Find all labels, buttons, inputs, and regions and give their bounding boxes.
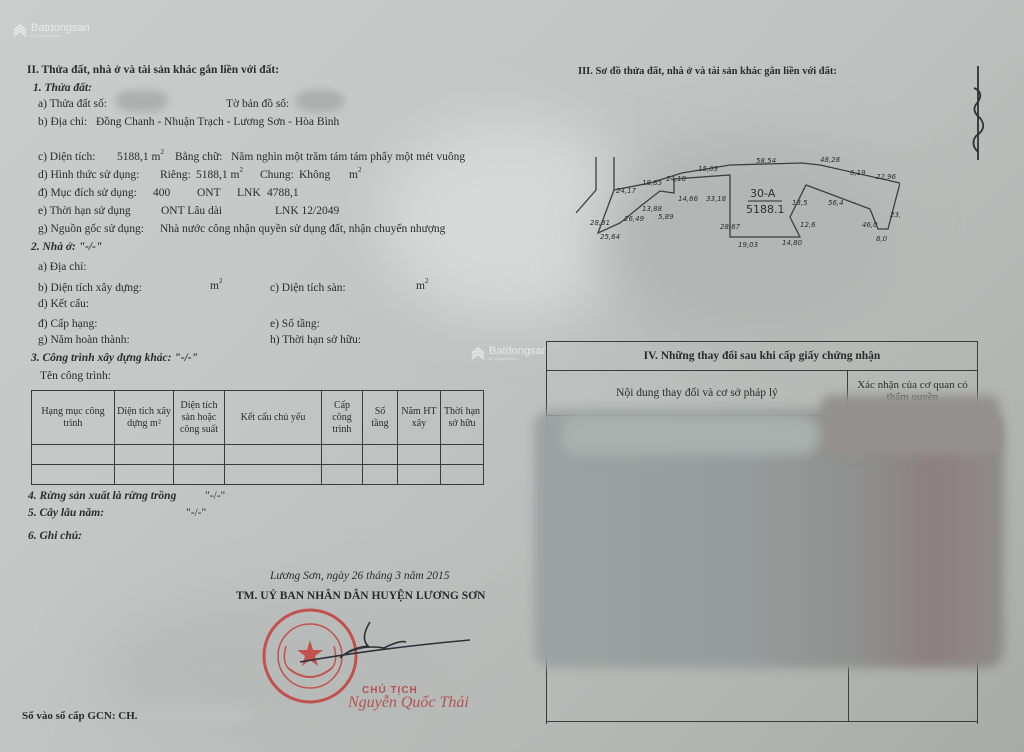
col-header: Diện tích sàn hoặc công suất (174, 391, 225, 445)
grade-label: đ) Cấp hạng: (38, 318, 97, 330)
section4-title: IV. Những thay đổi sau khi cấp giấy chứn… (547, 342, 977, 371)
signer-name: Nguyễn Quốc Thái (348, 694, 469, 712)
perennial-label: 5. Cây lâu năm: (28, 507, 104, 519)
edge-label: 46,0 (862, 221, 878, 229)
perennial-value: "-/-" (186, 507, 206, 519)
forest-value: "-/-" (205, 490, 225, 502)
floor-area-unit: m2 (416, 280, 428, 292)
notes-label: 6. Ghi chú: (28, 530, 82, 542)
term-lnk: LNK 12/2049 (275, 205, 339, 217)
purpose-code-ont: ONT (197, 187, 221, 199)
origin-value: Nhà nước công nhận quyền sử dụng đất, nh… (160, 223, 445, 235)
table-cell (32, 465, 115, 485)
work-name-label: Tên công trình: (40, 370, 111, 382)
table-cell (174, 445, 225, 465)
edge-label: 14,66 (678, 195, 699, 203)
table-row (32, 445, 484, 465)
edge-label: 25,64 (600, 233, 620, 241)
redacted-area (560, 415, 820, 455)
forest-label: 4. Rừng sản xuất là rừng trồng (28, 490, 176, 502)
edge-label: 48,28 (820, 156, 841, 164)
house-heading: 2. Nhà ở: "-/-" (31, 241, 102, 253)
address-label: b) Địa chỉ: (38, 116, 87, 128)
edge-label: 13,88 (642, 205, 663, 213)
usage-private-label: Riêng: (160, 169, 191, 181)
origin-label: g) Nguồn gốc sử dụng: (38, 223, 144, 235)
edge-label: 6,19 (850, 169, 866, 177)
purpose-code-400: 400 (153, 187, 170, 199)
edge-label: 14,80 (782, 239, 803, 247)
ownership-term-label: h) Thời hạn sở hữu: (270, 334, 361, 346)
edge-label: 24,18 (666, 175, 687, 183)
col-header: Cấp công trình (322, 391, 363, 445)
edge-label: 23,57 (890, 211, 900, 219)
redacted-parcel-number (116, 90, 168, 112)
table-cell (115, 465, 174, 485)
address-value: Đồng Chanh - Nhuận Trạch - Lương Sơn - H… (96, 116, 339, 128)
edge-label: 56,4 (828, 199, 844, 207)
table-cell (225, 465, 322, 485)
edge-label: 33,18 (706, 195, 727, 203)
parcel-diagram: 58,54 48,28 6,19 22,96 15,03 24,18 18,85… (570, 145, 900, 255)
map-sheet-label: Tờ bản đồ số: (226, 98, 289, 110)
table-cell (225, 445, 322, 465)
other-works-heading: 3. Công trình xây dựng khác: "-/-" (31, 352, 198, 364)
house-logo-icon (12, 22, 28, 38)
year-completed-label: g) Năm hoàn thành: (38, 334, 130, 346)
watermark-logo: BatdongsanBy PropertyGuru (470, 345, 548, 361)
section2-title: II. Thửa đất, nhà ở và tài sản khác gắn … (27, 64, 279, 76)
watermark-logo: BatdongsanBy PropertyGuru (12, 22, 90, 38)
place-date: Lương Sơn, ngày 26 tháng 3 năm 2015 (270, 570, 450, 582)
usage-common-unit: m2 (349, 169, 361, 181)
col-header: Năm HT xây (398, 391, 441, 445)
purpose-code-lnk: LNK (237, 187, 261, 199)
redacted-area (820, 395, 1000, 455)
table-cell (322, 465, 363, 485)
edge-label: 26,49 (624, 215, 645, 223)
watermark-brand: Batdongsan (31, 23, 90, 33)
table-row (32, 465, 484, 485)
area-words-value: Năm nghìn một trăm tám tám phẩy một mét … (231, 151, 465, 163)
edge-label: 22,96 (876, 173, 897, 181)
land-heading: 1. Thửa đất: (33, 82, 92, 94)
edge-label: 12,6 (800, 221, 816, 229)
edge-label: 58,54 (756, 157, 776, 165)
land-certificate-page: BatdongsanBy PropertyGuru BatdongsanBy P… (0, 0, 1024, 752)
floor-area-label: c) Diện tích sàn: (270, 282, 346, 294)
house-address-label: a) Địa chỉ: (38, 261, 87, 273)
redacted-map-sheet (296, 90, 344, 112)
usage-common-value: Không (299, 169, 330, 181)
watermark-tagline: By PropertyGuru (489, 356, 548, 361)
usage-form-label: d) Hình thức sử dụng: (38, 169, 139, 181)
parcel-area: 5188.1 (746, 203, 785, 216)
col-header: Thời hạn sở hữu (441, 391, 484, 445)
edge-label: 5,89 (658, 213, 674, 221)
usage-common-label: Chung: (260, 169, 294, 181)
edge-label: 15,03 (698, 165, 718, 173)
floors-label: e) Số tầng: (270, 318, 320, 330)
edge-label: 24,17 (616, 187, 637, 195)
other-works-table: Hạng mục công trình Diện tích xây dựng m… (31, 390, 484, 485)
table-cell (441, 445, 484, 465)
table-header-row: Hạng mục công trình Diện tích xây dựng m… (32, 391, 484, 445)
signature-scribble-icon (280, 618, 480, 668)
build-area-unit: m2 (210, 280, 222, 292)
edge-label: 8,0 (876, 235, 888, 243)
edge-label: 28,31 (590, 219, 610, 227)
section3-title: III. Sơ đồ thửa đất, nhà ở và tài sản kh… (578, 66, 837, 77)
table-cell (322, 445, 363, 465)
col-header: Diện tích xây dựng m² (115, 391, 174, 445)
structure-label: d) Kết cấu: (38, 298, 89, 310)
edge-label: 18,85 (642, 179, 663, 187)
table-bottom-border (546, 721, 977, 722)
purpose-lnk-area: 4788,1 (267, 187, 299, 199)
area-words-label: Bằng chữ: (175, 151, 222, 163)
purpose-label: đ) Mục đích sử dụng: (38, 187, 137, 199)
table-cell (363, 465, 398, 485)
col-header: Hạng mục công trình (32, 391, 115, 445)
table-cell (398, 465, 441, 485)
house-logo-icon (470, 345, 486, 361)
area-value: 5188,1 m2 (117, 151, 164, 163)
watermark-tagline: By PropertyGuru (31, 33, 90, 38)
table-cell (398, 445, 441, 465)
parcel-code: 30-A (750, 187, 776, 200)
usage-private-value: 5188,1 m2 (196, 169, 243, 181)
registry-number-label: Số vào sổ cấp GCN: CH. (22, 710, 138, 722)
issuing-authority: TM. UỶ BAN NHÂN DÂN HUYỆN LƯƠNG SƠN (236, 590, 485, 602)
term-ont: ONT Lâu dài (161, 205, 222, 217)
edge-label: 13,5 (792, 199, 808, 207)
table-cell (115, 445, 174, 465)
edge-label: 28,67 (720, 223, 741, 231)
area-label: c) Diện tích: (38, 151, 95, 163)
table-cell (32, 445, 115, 465)
table-cell (174, 465, 225, 485)
build-area-label: b) Diện tích xây dựng: (38, 282, 142, 294)
col-header: Số tầng (363, 391, 398, 445)
watermark-brand: Batdongsan (489, 346, 548, 356)
parcel-label: a) Thửa đất số: (38, 98, 107, 110)
edge-label: 19,03 (738, 241, 758, 249)
term-label: e) Thời hạn sử dụng (38, 205, 131, 217)
table-cell (441, 465, 484, 485)
north-arrow-icon (964, 66, 992, 160)
table-divider (848, 667, 849, 722)
table-cell (363, 445, 398, 465)
col-header: Kết cấu chủ yếu (225, 391, 322, 445)
redacted-registry-number (140, 704, 250, 726)
